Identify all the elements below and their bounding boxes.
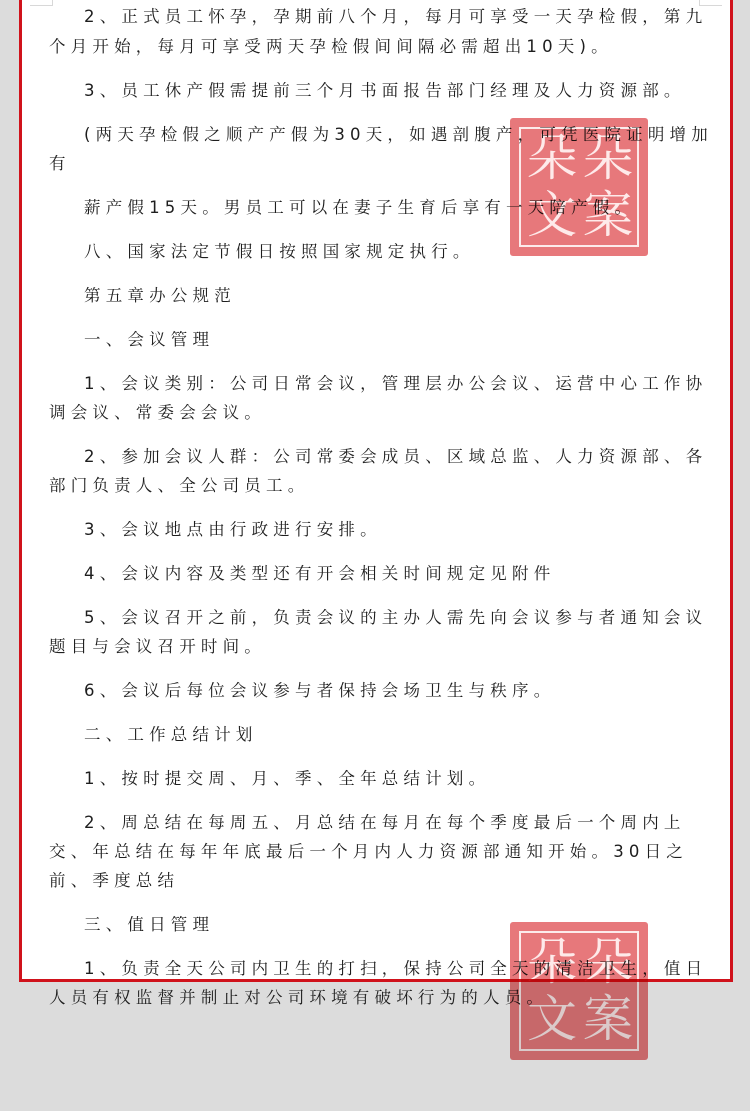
paragraph-line: 3、会议地点由行政进行安排。 — [84, 519, 382, 541]
section-heading: 一、会议管理 — [84, 329, 214, 351]
chapter-heading: 第五章办公规范 — [84, 285, 236, 307]
paragraph-line: 3、员工休产假需提前三个月书面报告部门经理及人力资源部。 — [84, 80, 686, 102]
watermark-stamp: 朵 朵 文 案 — [510, 118, 648, 256]
section-heading: 二、工作总结计划 — [84, 724, 258, 746]
paragraph-line: 2、正式员工怀孕，孕期前八个月，每月可享受一天孕检假，第九 — [84, 6, 707, 28]
paragraph-line: 5、会议召开之前，负责会议的主办人需先向会议参与者通知会议 — [84, 607, 707, 629]
paragraph-line: 交、年总结在每年年底最后一个月内人力资源部通知开始。30日之 — [49, 841, 688, 863]
paragraph-line: 1、会议类别：公司日常会议，管理层办公会议、运营中心工作协 — [84, 373, 707, 395]
paragraph-line: 4、会议内容及类型还有开会相关时间规定见附件 — [84, 563, 555, 585]
paragraph-line: 题目与会议召开时间。 — [49, 636, 266, 658]
paragraph-line: 前、季度总结 — [49, 870, 179, 892]
paragraph-line: 有 — [49, 153, 71, 175]
watermark-char: 朵 — [524, 130, 580, 187]
section-heading: 三、值日管理 — [84, 914, 214, 936]
paragraph-line: 2、参加会议人群：公司常委会成员、区域总监、人力资源部、各 — [84, 446, 707, 468]
paragraph-line: 2、周总结在每周五、月总结在每月在每个季度最后一个周内上 — [84, 812, 686, 834]
paragraph-line: 6、会议后每位会议参与者保持会场卫生与秩序。 — [84, 680, 555, 702]
watermark-char: 朵 — [580, 934, 636, 991]
page-corner-mark-left — [30, 0, 53, 6]
watermark-char: 文 — [524, 187, 580, 244]
watermark-char: 案 — [580, 991, 636, 1048]
paragraph-line: 个月开始，每月可享受两天孕检假间间隔必需超出10天)。 — [49, 36, 613, 58]
paragraph-line: 调会议、常委会会议。 — [49, 402, 266, 424]
watermark-char: 案 — [580, 187, 636, 244]
watermark-stamp: 朵 朵 文 案 — [510, 922, 648, 1060]
paragraph-line: 人员有权监督并制止对公司环境有破坏行为的人员。 — [49, 987, 548, 1009]
paragraph-line: 部门负责人、全公司员工。 — [49, 475, 309, 497]
watermark-char: 朵 — [524, 934, 580, 991]
paragraph-line: 八、国家法定节假日按照国家规定执行。 — [84, 241, 475, 263]
paragraph-line: 1、按时提交周、月、季、全年总结计划。 — [84, 768, 490, 790]
watermark-char: 朵 — [580, 130, 636, 187]
watermark-char: 文 — [524, 991, 580, 1048]
